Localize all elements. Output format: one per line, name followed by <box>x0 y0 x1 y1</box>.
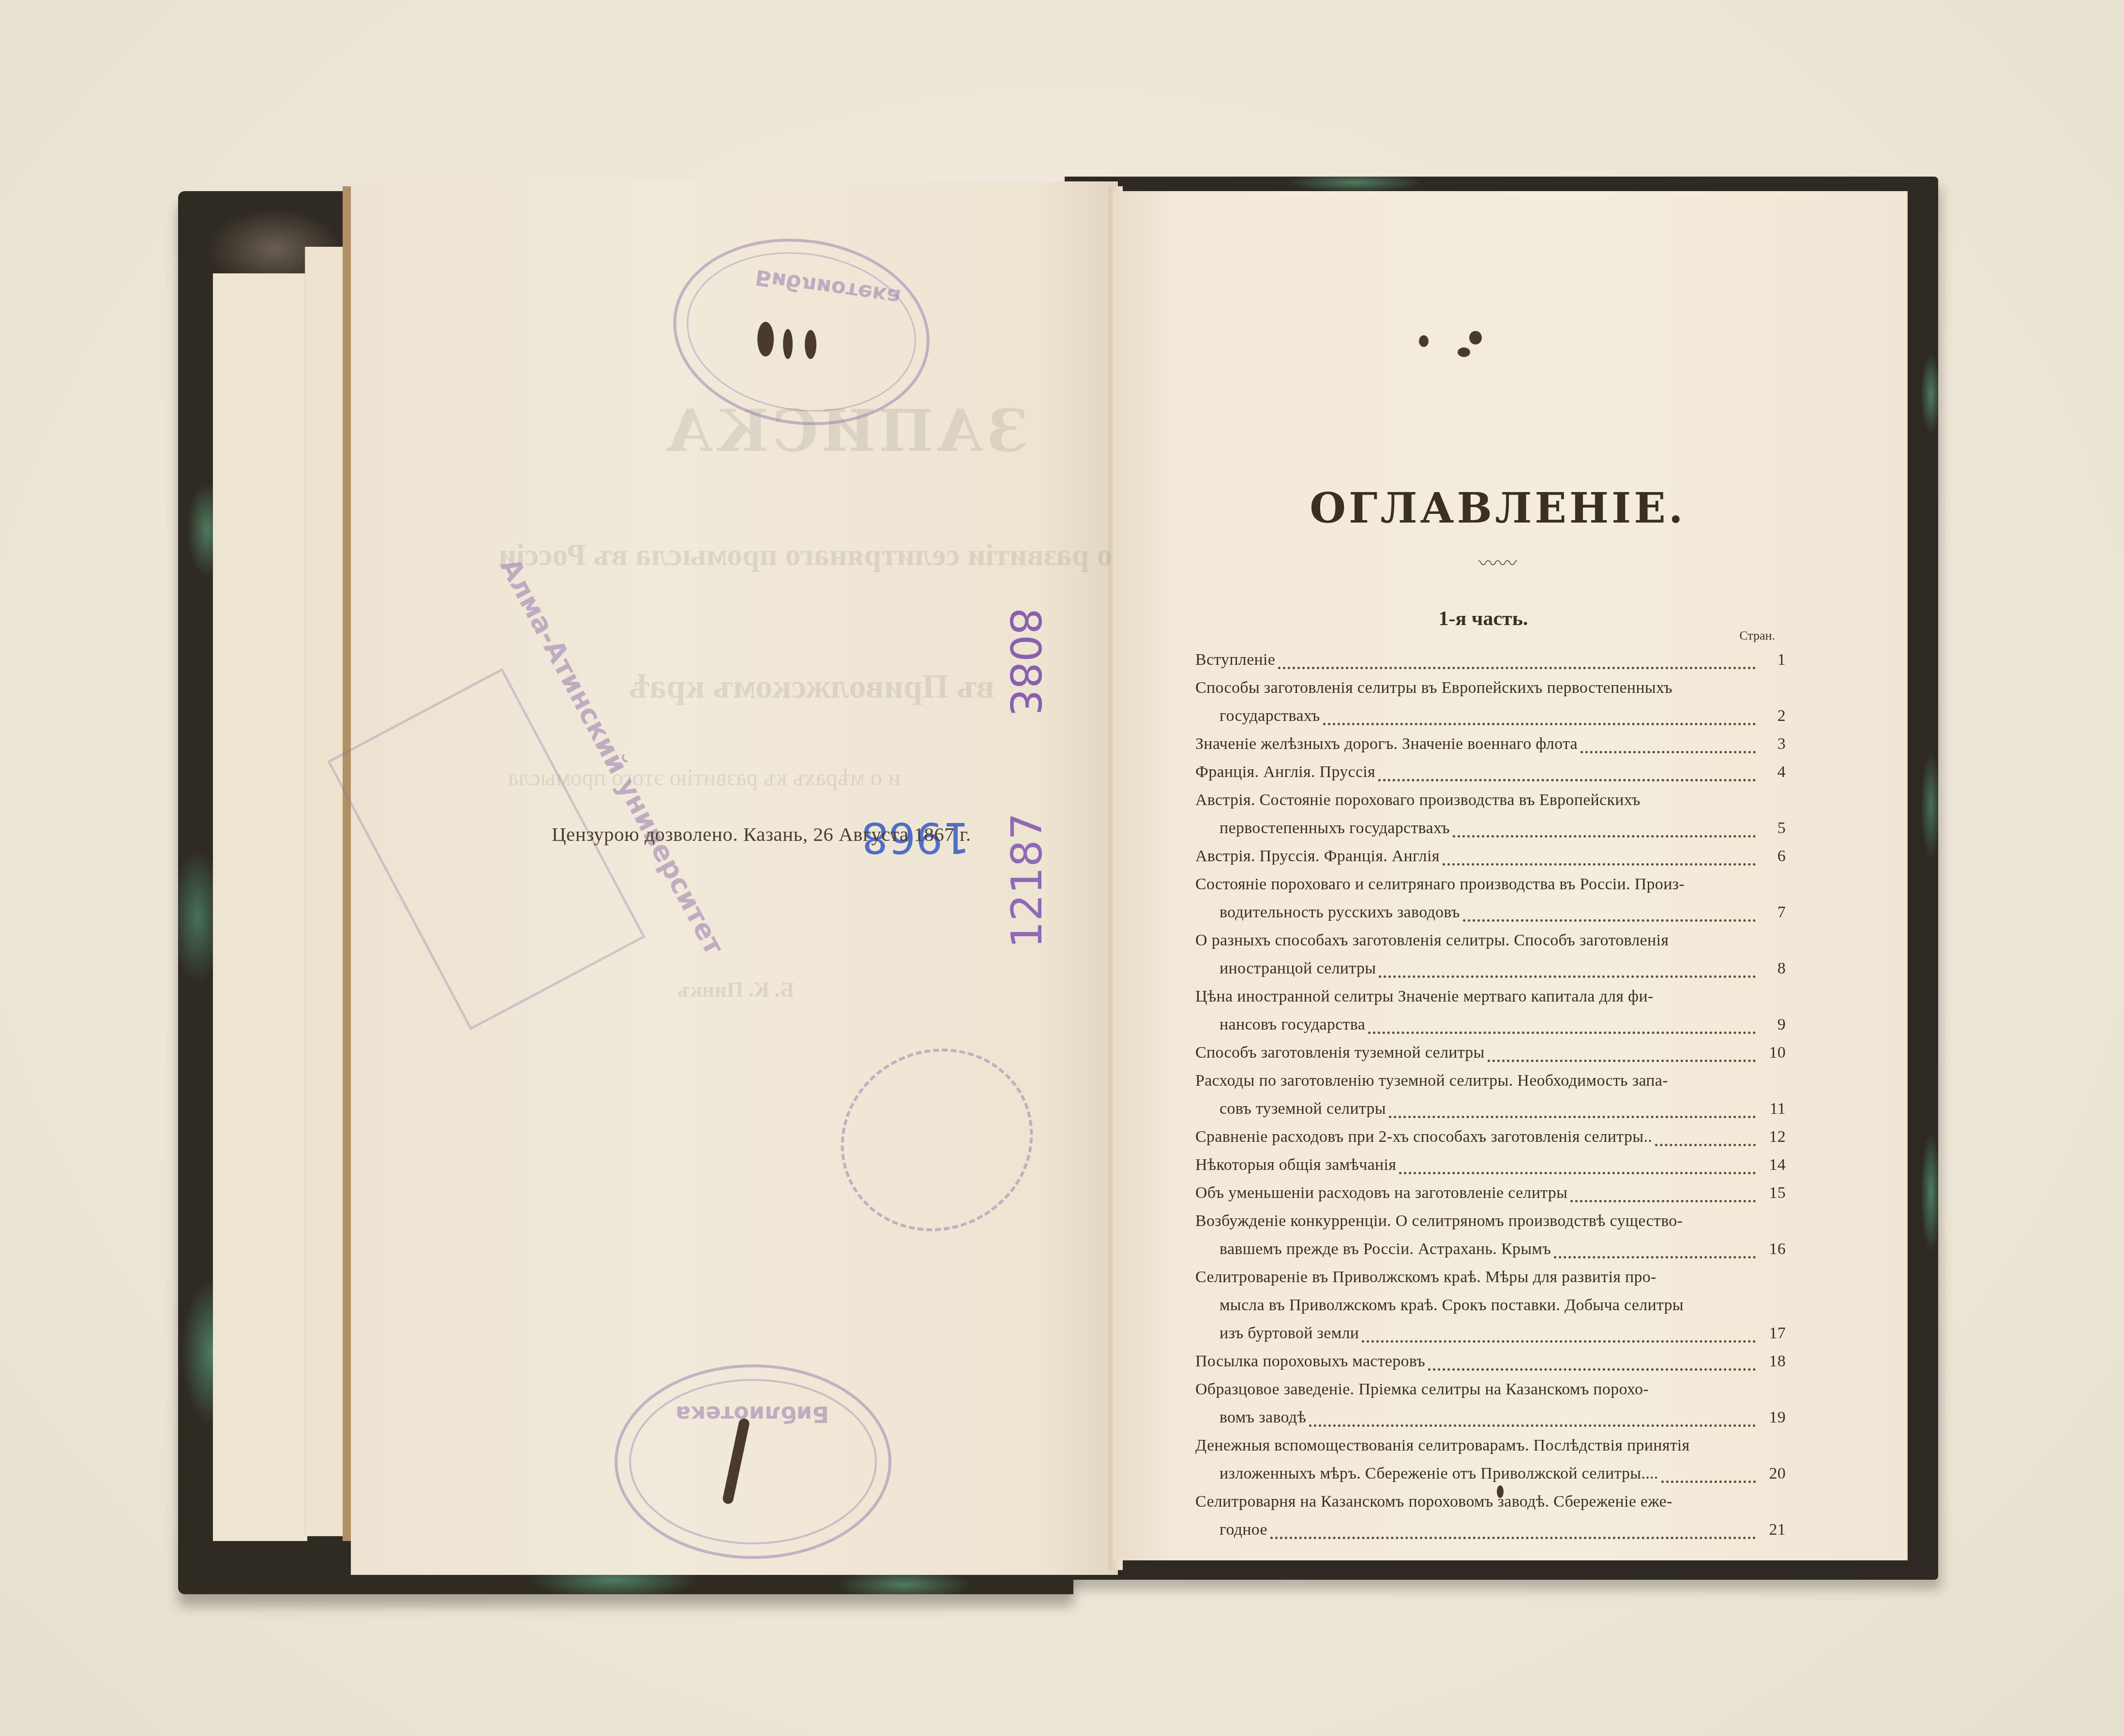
dot-leader <box>1443 863 1756 866</box>
toc-entry: Образцовое заведеніе. Пріемка селитры на… <box>1195 1376 1762 1404</box>
censorship-note: Цензурою дозволено. Казань, 26 Августа 1… <box>552 823 971 846</box>
toc-page-number: 11 <box>1759 1095 1786 1123</box>
dot-leader <box>1362 1340 1756 1343</box>
toc-entry-text: совъ туземной селитры <box>1220 1095 1386 1123</box>
toc-entry: Вступленіе1 <box>1195 646 1762 674</box>
toc-entry: Австрія. Состояніе пороховаго производст… <box>1195 786 1762 814</box>
stamp-text: Библиотека <box>753 265 902 310</box>
toc-page-number: 16 <box>1759 1235 1786 1263</box>
dot-leader <box>1661 1481 1756 1483</box>
toc-entry: Объ уменьшеніи расходовъ на заготовленіе… <box>1195 1179 1762 1207</box>
toc-entry: Франція. Англія. Пруссія4 <box>1195 758 1762 786</box>
ink-blot <box>1469 331 1482 344</box>
toc-entry: О разныхъ способахъ заготовленія селитры… <box>1195 927 1762 955</box>
toc-entry-text: Значеніе желѣзныхъ дорогъ. Значеніе воен… <box>1195 730 1578 758</box>
ink-blot <box>757 322 774 357</box>
dot-leader <box>1655 1144 1756 1146</box>
toc-entry: Способъ заготовленія туземной селитры10 <box>1195 1039 1762 1067</box>
bleed-through-subtitle: о развитіи селитрянаго промысла въ Россі… <box>498 537 1112 573</box>
toc-entry-text: Состояніе пороховаго и селитрянаго произ… <box>1195 870 1759 898</box>
toc-entry-text: вавшемъ прежде въ Россіи. Астрахань. Кры… <box>1220 1235 1551 1263</box>
dot-leader <box>1399 1172 1756 1174</box>
handwritten-number: 3808 <box>1000 608 1050 716</box>
toc-entry: Цѣна иностранной селитры Значеніе мертва… <box>1195 983 1762 1011</box>
stamp-text: Библиотека <box>676 1401 829 1427</box>
table-of-contents: ОГЛАВЛЕНІЕ. 〰〰 1-я часть. Стран. Вступле… <box>1195 484 1762 1544</box>
toc-entry: вомъ заводѣ19 <box>1195 1404 1762 1432</box>
dot-leader <box>1389 1116 1756 1118</box>
dot-leader <box>1368 1032 1756 1034</box>
toc-entry: Селитроварня на Казанскомъ пороховомъ за… <box>1195 1488 1762 1516</box>
toc-page-number: 20 <box>1759 1460 1786 1488</box>
toc-entry: Сравненіе расходовъ при 2-хъ способахъ з… <box>1195 1123 1762 1151</box>
toc-entry-text: государствахъ <box>1220 702 1320 730</box>
dot-leader <box>1554 1256 1756 1258</box>
dot-leader <box>1378 779 1756 781</box>
toc-page-number: 17 <box>1759 1319 1786 1347</box>
dot-leader <box>1463 919 1756 922</box>
toc-entry: Селитровареніе въ Приволжскомъ краѣ. Мѣр… <box>1195 1263 1762 1291</box>
toc-entries: Вступленіе1Способы заготовленія селитры … <box>1195 646 1762 1544</box>
toc-entry-text: вомъ заводѣ <box>1220 1404 1306 1432</box>
toc-page-number: 18 <box>1759 1347 1786 1376</box>
dot-leader <box>1570 1200 1756 1202</box>
toc-entry: мысла въ Приволжскомъ краѣ. Срокъ постав… <box>1195 1291 1762 1319</box>
toc-entry: совъ туземной селитры11 <box>1195 1095 1762 1123</box>
ink-blot <box>805 330 816 359</box>
toc-entry-text: изъ буртовой земли <box>1220 1319 1359 1347</box>
dot-leader <box>1379 975 1756 978</box>
handwritten-number: 12187 <box>1002 813 1052 948</box>
toc-entry-text: изложенныхъ мѣръ. Сбереженіе отъ Приволж… <box>1220 1460 1658 1488</box>
toc-page-number: 6 <box>1759 842 1786 870</box>
toc-entry-text: водительность русскихъ заводовъ <box>1220 898 1460 927</box>
toc-page-number: 8 <box>1759 955 1786 983</box>
toc-entry: Состояніе пороховаго и селитрянаго произ… <box>1195 870 1762 898</box>
ink-blot <box>1419 335 1429 347</box>
part-heading: 1-я часть. <box>1205 607 1762 630</box>
toc-page-number: 1 <box>1759 646 1786 674</box>
toc-entry-text: Способъ заготовленія туземной селитры <box>1195 1039 1485 1067</box>
toc-entry-text: Селитровареніе въ Приволжскомъ краѣ. Мѣр… <box>1195 1263 1759 1291</box>
toc-entry-text: Австрія. Пруссія. Франція. Англія <box>1195 842 1440 870</box>
page-column-header: Стран. <box>1195 629 1775 643</box>
library-stamp-bottom: Библиотека <box>615 1364 891 1559</box>
toc-entry-text: Селитроварня на Казанскомъ пороховомъ за… <box>1195 1488 1759 1516</box>
dot-leader <box>1488 1060 1756 1062</box>
toc-entry: изъ буртовой земли17 <box>1195 1319 1762 1347</box>
toc-entry: Нѣкоторыя общія замѣчанія14 <box>1195 1151 1762 1179</box>
dot-leader <box>1453 835 1756 838</box>
bleed-through-author: Б. К. Пинкъ <box>678 977 794 1002</box>
toc-entry: государствахъ2 <box>1195 702 1762 730</box>
toc-entry-text: Возбужденіе конкурренціи. О селитряномъ … <box>1195 1207 1759 1235</box>
toc-page-number: 4 <box>1759 758 1786 786</box>
toc-entry: Посылка пороховыхъ мастеровъ18 <box>1195 1347 1762 1376</box>
bleed-through-line: и о мѣрахъ къ развитію этого промысла <box>508 764 901 791</box>
toc-entry-text: Нѣкоторыя общія замѣчанія <box>1195 1151 1396 1179</box>
toc-page-number: 12 <box>1759 1123 1786 1151</box>
toc-page-number: 15 <box>1759 1179 1786 1207</box>
toc-title: ОГЛАВЛЕНІЕ. <box>1234 484 1762 533</box>
toc-entry-text: нансовъ государства <box>1220 1011 1365 1039</box>
ornament-divider: 〰〰 <box>1234 554 1762 573</box>
toc-entry: Расходы по заготовленію туземной селитры… <box>1195 1067 1762 1095</box>
toc-page-number: 21 <box>1759 1516 1786 1544</box>
toc-page-number: 10 <box>1759 1039 1786 1067</box>
dot-leader <box>1270 1537 1756 1539</box>
toc-entry-text: Франція. Англія. Пруссія <box>1195 758 1375 786</box>
dot-leader <box>1278 667 1756 669</box>
toc-entry: водительность русскихъ заводовъ7 <box>1195 898 1762 927</box>
toc-entry-text: О разныхъ способахъ заготовленія селитры… <box>1195 927 1759 955</box>
toc-entry-text: Способы заготовленія селитры въ Европейс… <box>1195 674 1759 702</box>
toc-page-number: 2 <box>1759 702 1786 730</box>
toc-entry-text: Денежныя вспомоществованія селитроварамъ… <box>1195 1432 1759 1460</box>
dot-leader <box>1323 723 1756 725</box>
ink-blot <box>1458 347 1470 357</box>
toc-entry: иностранцой селитры8 <box>1195 955 1762 983</box>
toc-entry: Возбужденіе конкурренціи. О селитряномъ … <box>1195 1207 1762 1235</box>
toc-entry-text: годное <box>1220 1516 1267 1544</box>
toc-page-number: 19 <box>1759 1404 1786 1432</box>
toc-entry: Способы заготовленія селитры въ Европейс… <box>1195 674 1762 702</box>
bleed-through-region: въ Приволжскомъ краѣ <box>629 668 994 706</box>
toc-page-number: 7 <box>1759 898 1786 927</box>
toc-page-number: 3 <box>1759 730 1786 758</box>
toc-entry-text: Австрія. Состояніе пороховаго производст… <box>1195 786 1759 814</box>
toc-entry-text: Образцовое заведеніе. Пріемка селитры на… <box>1195 1376 1759 1404</box>
ink-blot <box>783 329 793 359</box>
toc-page-number: 5 <box>1759 814 1786 842</box>
toc-entry: годное21 <box>1195 1516 1762 1544</box>
toc-entry-text: Объ уменьшеніи расходовъ на заготовленіе… <box>1195 1179 1567 1207</box>
dot-leader <box>1581 751 1756 753</box>
toc-entry: первостепенныхъ государствахъ5 <box>1195 814 1762 842</box>
toc-entry: Австрія. Пруссія. Франція. Англія6 <box>1195 842 1762 870</box>
toc-entry-text: Сравненіе расходовъ при 2-хъ способахъ з… <box>1195 1123 1652 1151</box>
toc-entry-text: Вступленіе <box>1195 646 1275 674</box>
dot-leader <box>1309 1424 1756 1427</box>
toc-entry-text: Цѣна иностранной селитры Значеніе мертва… <box>1195 983 1759 1011</box>
toc-page-number: 14 <box>1759 1151 1786 1179</box>
toc-entry-text: первостепенныхъ государствахъ <box>1220 814 1450 842</box>
toc-page-number: 9 <box>1759 1011 1786 1039</box>
toc-entry: нансовъ государства9 <box>1195 1011 1762 1039</box>
toc-entry-text: Посылка пороховыхъ мастеровъ <box>1195 1347 1425 1376</box>
flyleaf <box>213 273 307 1541</box>
toc-entry: изложенныхъ мѣръ. Сбереженіе отъ Приволж… <box>1195 1460 1762 1488</box>
toc-entry: вавшемъ прежде въ Россіи. Астрахань. Кры… <box>1195 1235 1762 1263</box>
toc-entry-text: мысла въ Приволжскомъ краѣ. Срокъ постав… <box>1220 1291 1759 1319</box>
toc-entry: Денежныя вспомоществованія селитроварамъ… <box>1195 1432 1762 1460</box>
toc-entry-text: иностранцой селитры <box>1220 955 1376 983</box>
toc-entry: Значеніе желѣзныхъ дорогъ. Значеніе воен… <box>1195 730 1762 758</box>
toc-entry-text: Расходы по заготовленію туземной селитры… <box>1195 1067 1759 1095</box>
dot-leader <box>1428 1368 1756 1371</box>
